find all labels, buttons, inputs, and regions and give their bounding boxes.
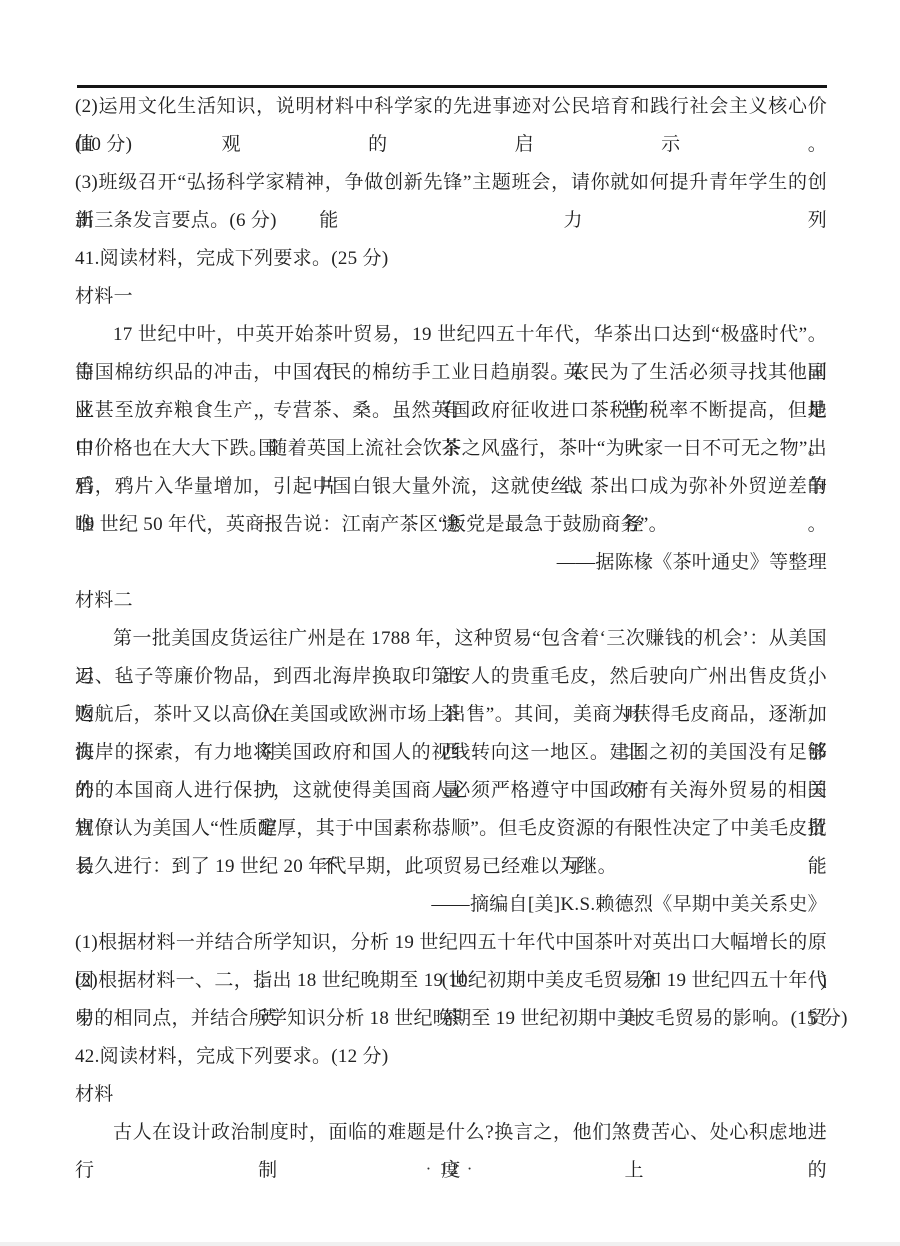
material-1-line-2: 等国棉纺织品的冲击，中国农民的棉纺手工业日趋崩裂。农民为了生活必须寻找其他副业，… [75, 354, 827, 392]
question-41-part-2-line-2: 易的相同点，并结合所学知识分析 18 世纪晚期至 19 世纪初期中美皮毛贸易的影… [75, 1000, 827, 1038]
material-1-line-1: 17 世纪中叶，中英开始茶叶贸易，19 世纪四五十年代，华茶出口达到“极盛时代”… [75, 316, 827, 354]
question-part-2: (2)运用文化生活知识，说明材料中科学家的先进事迹对公民培育和践行社会主义核心价… [75, 88, 827, 126]
material-1-attribution: ——据陈椽《茶叶通史》等整理 [75, 544, 827, 582]
question-41-header: 41.阅读材料，完成下列要求。(25 分) [75, 240, 827, 278]
material-42-line-1: 古人在设计政治制度时，面临的难题是什么?换言之，他们煞费苦心、处心积虑地进行制度… [75, 1114, 827, 1152]
material-1-line-3: 区甚至放弃粮食生产，专营茶、桑。虽然英国政府征收进口茶税的税率不断提高，但是中国… [75, 392, 827, 430]
document-content: (2)运用文化生活知识，说明材料中科学家的先进事迹对公民培育和践行社会主义核心价… [75, 88, 827, 1152]
material-1-line-5: 后，鸦片入华量增加，引起中国白银大量外流，这就使丝、茶出口成为弥补外贸逆差的唯一… [75, 468, 827, 506]
material-2-label: 材料二 [75, 582, 827, 620]
material-1-line-4: 口价格也在大大下跌。随着英国上流社会饮茶之风盛行，茶叶“为大家一日不可无之物”。… [75, 430, 827, 468]
page-number: · 12 · [0, 1150, 900, 1188]
question-41-part-2-line-1: (2)根据材料一、二，指出 18 世纪晚期至 19 世纪初期中美皮毛贸易和 19… [75, 962, 827, 1000]
material-2-attribution: ——摘编自[美]K.S.赖德烈《早期中美关系史》 [75, 886, 827, 924]
material-2-line-6: 官僚认为美国人“性质醇厚，其于中国素称恭顺”。但毛皮资源的有限性决定了中美毛皮贸… [75, 810, 827, 848]
material-2-line-5: 外的本国商人进行保护，这就使得美国商人必须严格遵守中国政府有关海外贸易的相关规定… [75, 772, 827, 810]
material-2-line-3: 返航后，茶叶又以高价在美国或欧洲市场上出售”。其间，美商为获得毛皮商品，逐渐加快… [75, 696, 827, 734]
material-label: 材料 [75, 1076, 827, 1114]
material-2-line-1: 第一批美国皮货运往广州是在 1788 年，这种贸易“包含着‘三次赚钱的机会’：从… [75, 620, 827, 658]
material-1-label: 材料一 [75, 278, 827, 316]
question-42-header: 42.阅读材料，完成下列要求。(12 分) [75, 1038, 827, 1076]
question-41-part-1: (1)根据材料一并结合所学知识，分析 19 世纪四五十年代中国茶叶对英出口大幅增… [75, 924, 827, 962]
scan-bottom-edge [0, 1242, 900, 1246]
material-2-line-2: 刀、毡子等廉价物品，到西北海岸换取印第安人的贵重毛皮，然后驶向广州出售皮货，购入… [75, 658, 827, 696]
material-2-line-4: 海岸的探索，有力地将美国政府和国人的视线转向这一地区。建国之初的美国没有足够的力… [75, 734, 827, 772]
question-part-3-line-1: (3)班级召开“弘扬科学家精神，争做创新先锋”主题班会，请你就如何提升青年学生的… [75, 164, 827, 202]
exam-paper-page: (2)运用文化生活知识，说明材料中科学家的先进事迹对公民培育和践行社会主义核心价… [0, 0, 900, 1246]
